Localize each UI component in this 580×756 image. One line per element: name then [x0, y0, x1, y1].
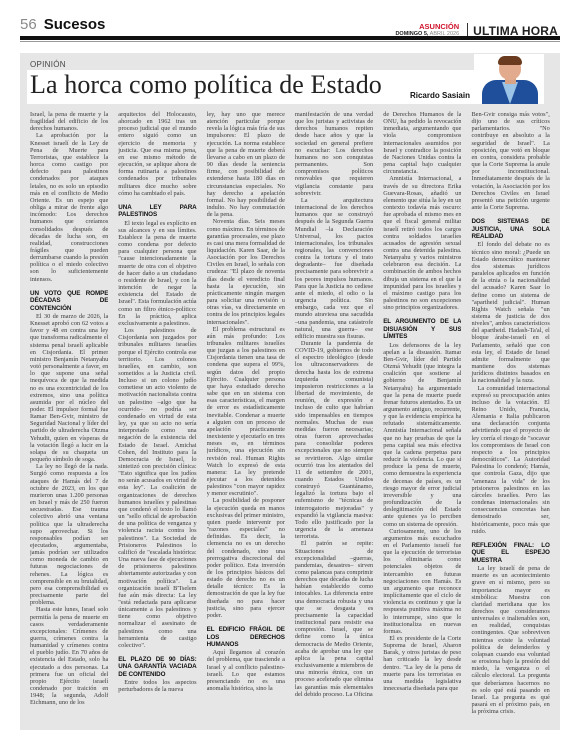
paragraph: La ley no llegó de la nada. Surgió como …	[30, 463, 108, 606]
article-column: manifestación de una verdad que los juri…	[295, 111, 373, 729]
paragraph: arquitectos del Holocausto, ahorcado en …	[118, 111, 196, 197]
paragraph: La posibilidad de posponer la ejecución …	[207, 497, 285, 619]
paragraph: La aprobación por la Knesset israelí de …	[30, 132, 108, 282]
article-kicker: OPINIÓN	[30, 60, 66, 69]
paragraph: Noventa días. Seis meses como máximo. En…	[207, 218, 285, 325]
paragraph: Los defensores de la ley apelan a la dis…	[383, 342, 461, 528]
paragraph: Amnistía Internacional, a través de su d…	[383, 175, 461, 311]
header-divider	[467, 23, 468, 37]
paragraph: Israel, la pena de muerte y la fragilida…	[30, 111, 108, 132]
subheading: EL PLAZO DE 90 DÍAS: UNA GARANTÍA VACIAD…	[118, 656, 196, 678]
subheading: DOS SISTEMAS DE JUSTICIA, UNA SOLA REALI…	[471, 218, 549, 240]
author-photo	[474, 54, 544, 104]
article-column: ley, hay uno que merece atención particu…	[207, 111, 285, 729]
section-name: Sucesos	[44, 16, 106, 33]
page-masthead: 56 Sucesos	[20, 16, 260, 38]
paragraph: La ley israelí de pena de muerte es un a…	[471, 565, 549, 715]
paragraph: El texto legal es explícito en sus alcan…	[118, 220, 196, 327]
article-column: arquitectos del Holocausto, ahorcado en …	[118, 111, 196, 729]
paragraph: La arquitectura internacional de los der…	[295, 197, 373, 340]
article-byline: Ricardo Sasiain	[360, 91, 470, 100]
paragraph: El patrón se repite: Situaciones de exce…	[295, 540, 373, 697]
paragraph: La comunidad internacional expresó su pr…	[471, 385, 549, 535]
paragraph: El fondo del debate no es técnico sino m…	[471, 241, 549, 384]
paragraph: Durante la pandemia de COVID-19, gobiern…	[295, 340, 373, 540]
subheading: EL ARGUMENTO DE LA DISUASIÓN Y SUS LÍMIT…	[383, 318, 461, 340]
header-rule	[20, 36, 560, 40]
paragraph: El 30 de marzo de 2026, la Knesset aprob…	[30, 313, 108, 463]
paragraph: Curiosamente, uno de los argumentos más …	[383, 528, 461, 635]
paragraph: El ex presidente de la Corte Suprema de …	[383, 635, 461, 692]
article-headline: La horca como política de Estado	[30, 70, 382, 100]
page-number: 56	[20, 16, 37, 33]
header-right: ASUNCIÓN DOMINGO 5, ABRIL 2026 ULTIMA HO…	[395, 18, 558, 38]
paragraph: El problema estructural es aún más profu…	[207, 326, 285, 498]
paragraph: Hasta este lunes, Israel solo permitía l…	[30, 606, 108, 706]
subheading: UN VOTO QUE ROMPE DÉCADAS DE CONTENCIÓN	[30, 290, 108, 312]
paragraph: Aquí llegamos al corazón del problema, q…	[207, 649, 285, 692]
paragraph: Entre todos los aspectos perturbadores d…	[118, 679, 196, 693]
paragraph: de Derechos Humanos de la ONU, ha pedido…	[383, 111, 461, 175]
article-body: Israel, la pena de muerte y la fragilida…	[30, 111, 550, 729]
paragraph: manifestación de una verdad que los juri…	[295, 111, 373, 197]
paragraph: ley, hay uno que merece atención particu…	[207, 111, 285, 218]
paragraph: Los palestinos de Cisjordania son juzgad…	[118, 327, 196, 649]
subheading: REFLEXIÓN FINAL: LO QUE EL ESPEJO MUESTR…	[471, 542, 549, 564]
article-column: de Derechos Humanos de la ONU, ha pedido…	[383, 111, 461, 729]
subheading: UNA LEY PARA PALESTINOS	[118, 204, 196, 219]
photo-hair	[498, 56, 522, 65]
paragraph: Ben-Gvir consiga más votos", dijo uno de…	[471, 111, 549, 211]
subheading: EL EDIFICIO FRÁGIL DE LOS DERECHOS HUMAN…	[207, 626, 285, 648]
dateline-city: ASUNCIÓN	[395, 23, 459, 30]
article-column: Ben-Gvir consiga más votos", dijo uno de…	[471, 111, 549, 729]
article-column: Israel, la pena de muerte y la fragilida…	[30, 111, 108, 729]
header-rule-thin	[20, 41, 560, 42]
